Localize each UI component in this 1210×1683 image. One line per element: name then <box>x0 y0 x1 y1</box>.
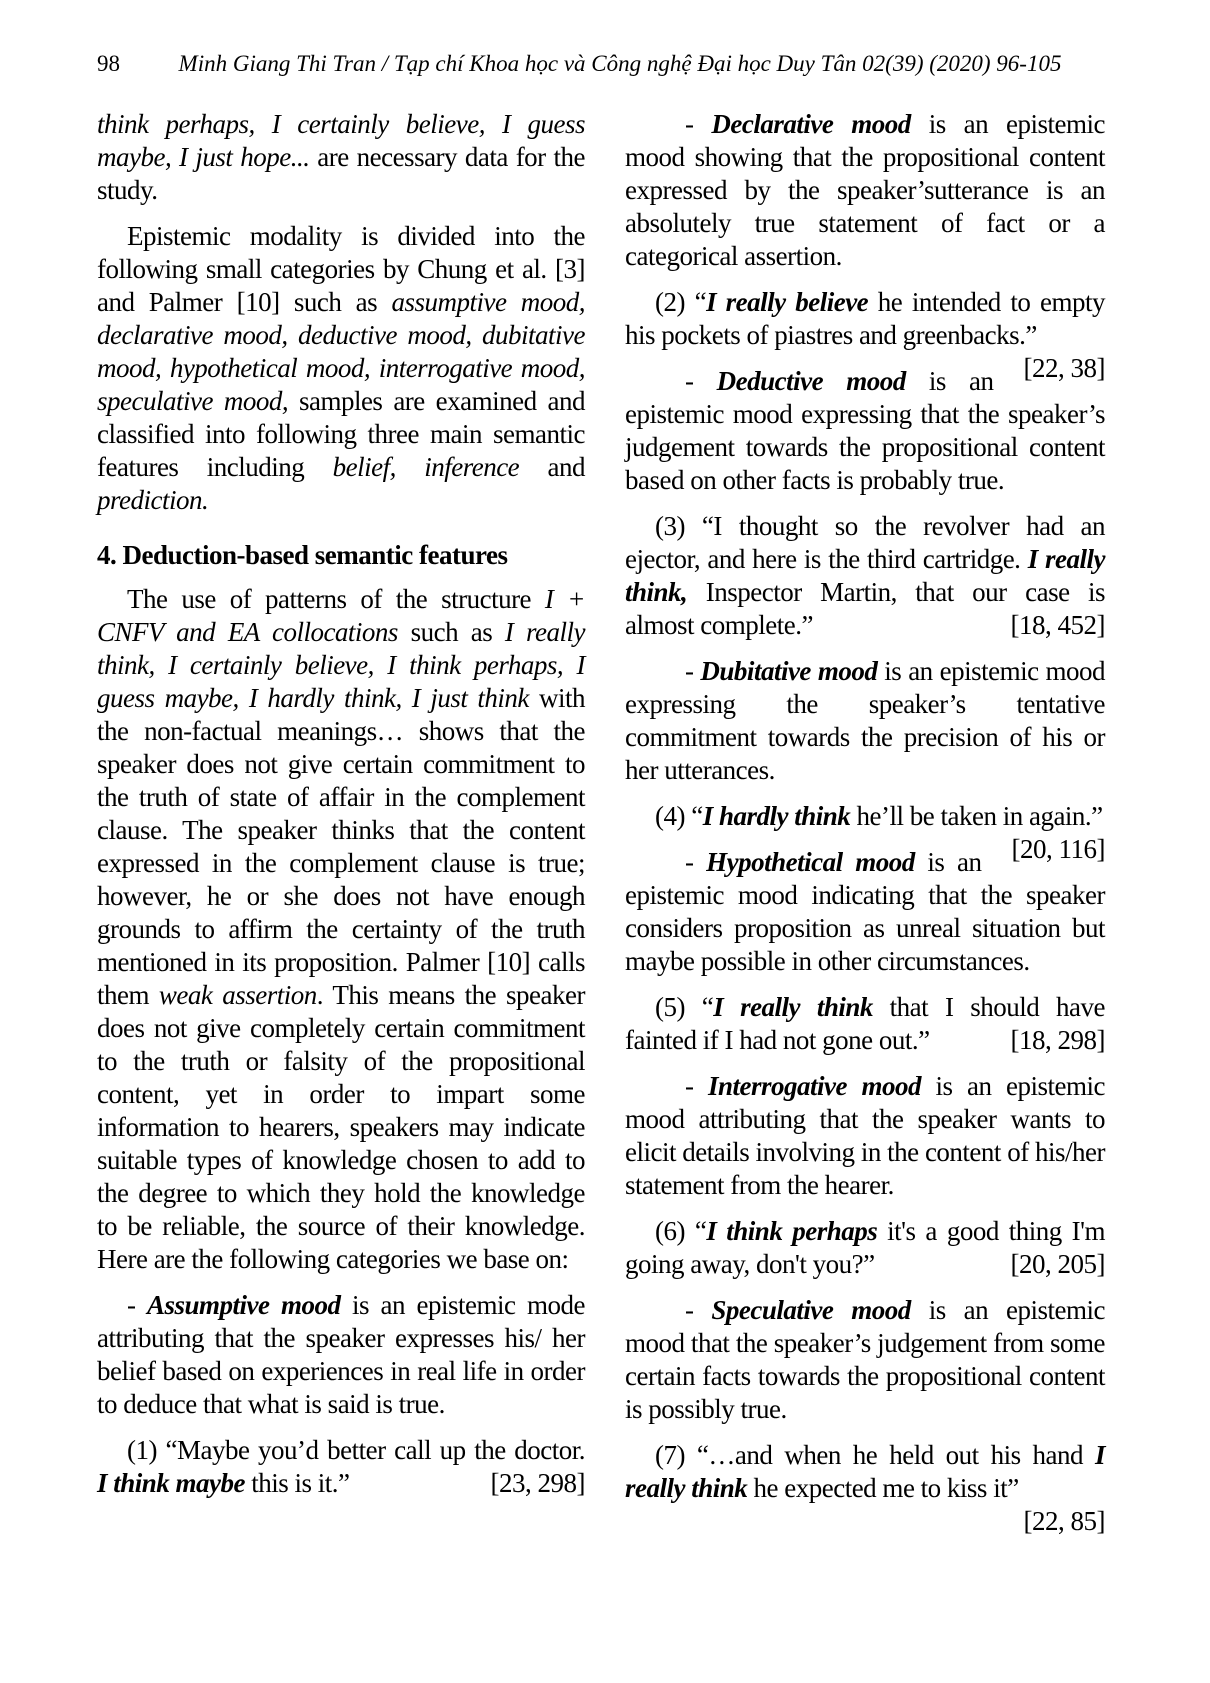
text-run: (4) “ <box>655 801 703 831</box>
text-run: (6) “ <box>655 1216 706 1246</box>
example-paragraph: (3) “I thought so the revolver had an ej… <box>625 510 1105 642</box>
text-run: Interrogative mood <box>708 1071 921 1101</box>
paragraph: - Speculative mood is an epistemic mood … <box>625 1294 1105 1426</box>
text-run: I really think <box>713 992 873 1022</box>
text-run: - <box>685 847 706 877</box>
text-run: he’ll be taken in again.” <box>850 801 1102 831</box>
section-heading: 4. Deduction-based semantic features <box>97 539 585 572</box>
text-run: - <box>685 1071 708 1101</box>
page-number: 98 <box>97 51 120 77</box>
example-paragraph: (7) “…and when he held out his hand I re… <box>625 1439 1105 1505</box>
text-run: Hypothetical mood <box>706 847 915 877</box>
text-run: - <box>685 656 700 686</box>
citation-ref: [18, 452] <box>981 609 1105 642</box>
example-paragraph: (4) “I hardly think he’ll be taken in ag… <box>625 800 1105 833</box>
text-run: this is it.” <box>245 1468 350 1498</box>
example-paragraph: (1) “Maybe you’d better call up the doct… <box>97 1434 585 1500</box>
paragraph: - Interrogative mood is an epistemic moo… <box>625 1070 1105 1202</box>
text-run: 4. Deduction-based semantic features <box>97 540 507 570</box>
text-run: . This means the speaker does not give c… <box>97 980 585 1274</box>
text-run: with the non-factual meanings… shows tha… <box>97 683 585 1010</box>
text-run: - <box>685 366 717 396</box>
text-run: I think maybe <box>97 1468 245 1498</box>
citation-ref: [23, 298] <box>461 1467 585 1500</box>
example-paragraph: (6) “I think perhaps it's a good thing I… <box>625 1215 1105 1281</box>
paragraph: Epistemic modality is divided into the f… <box>97 220 585 517</box>
text-column-left: think perhaps, I certainly believe, I gu… <box>97 108 585 1513</box>
text-run: Declarative mood <box>711 109 910 139</box>
text-run: weak assertion <box>159 980 317 1010</box>
text-run: - <box>685 1295 711 1325</box>
text-run: - <box>127 1290 147 1320</box>
text-run: Dubitative mood <box>700 656 877 686</box>
citation-ref: [20, 205] <box>981 1248 1105 1281</box>
text-run: Assumptive mood <box>147 1290 341 1320</box>
text-run: (1) “Maybe you’d better call up the doct… <box>127 1435 585 1465</box>
text-run: prediction. <box>97 485 208 515</box>
example-paragraph: (2) “I really believe he intended to emp… <box>625 286 1105 352</box>
text-run: I really believe <box>706 287 868 317</box>
paragraph: - Assumptive mood is an epistemic mode a… <box>97 1289 585 1421</box>
running-title: Minh Giang Thi Tran / Tạp chí Khoa học v… <box>120 51 1120 77</box>
citation-ref: [18, 298] <box>981 1024 1105 1057</box>
citation-ref: [22, 38] <box>994 352 1105 385</box>
text-run: (7) “…and when he held out his hand <box>655 1440 1095 1470</box>
paragraph: - Dubitative mood is an epistemic mood e… <box>625 655 1105 787</box>
text-run: The use of patterns of the structure <box>127 584 545 614</box>
text-run: Speculative mood <box>711 1295 910 1325</box>
example-paragraph: (5) “I really think that I should have f… <box>625 991 1105 1057</box>
text-run: and <box>519 452 585 482</box>
paragraph: The use of patterns of the structure I +… <box>97 583 585 1276</box>
document-page: 98 Minh Giang Thi Tran / Tạp chí Khoa họ… <box>0 0 1210 1683</box>
text-column-right: - Declarative mood is an epistemic mood … <box>625 108 1105 1538</box>
citation-ref: [22, 85] <box>994 1505 1105 1538</box>
text-run: (2) “ <box>655 287 706 317</box>
text-run: - <box>685 109 711 139</box>
paragraph: - Declarative mood is an epistemic mood … <box>625 108 1105 273</box>
citation-ref: [20, 116] <box>982 833 1105 866</box>
text-run: Deductive mood <box>717 366 906 396</box>
text-run: belief, inference <box>333 452 520 482</box>
text-run: I hardly think <box>703 801 851 831</box>
text-run: (5) “ <box>655 992 713 1022</box>
text-run: I think perhaps <box>706 1216 877 1246</box>
text-run: he expected me to kiss it” <box>747 1473 1018 1503</box>
paragraph: think perhaps, I certainly believe, I gu… <box>97 108 585 207</box>
text-run: such as <box>398 617 505 647</box>
